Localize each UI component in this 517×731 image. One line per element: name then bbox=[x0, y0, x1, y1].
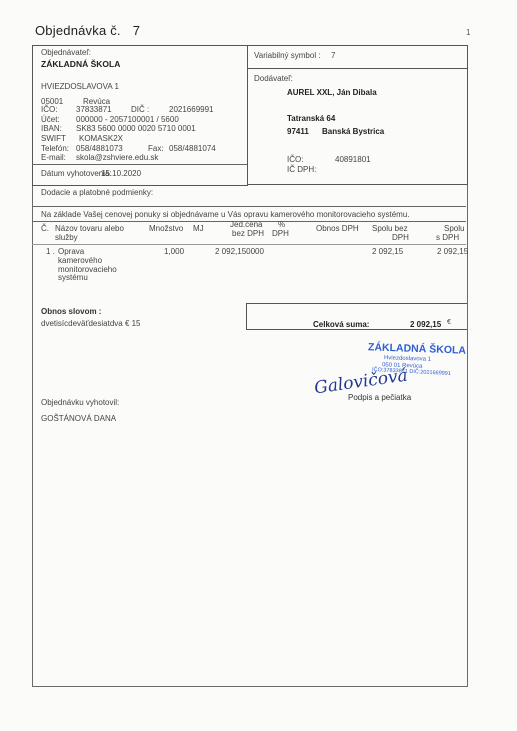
amount-words-label: Obnos slovom : bbox=[41, 307, 101, 317]
col-header-unit: MJ bbox=[193, 224, 204, 234]
col-header-total-excl-2: DPH bbox=[392, 233, 409, 243]
table-header-divider bbox=[32, 244, 466, 245]
title-label: Objednávka č. bbox=[35, 23, 121, 38]
col-header-qty: Množstvo bbox=[149, 224, 183, 234]
variable-symbol-value: 7 bbox=[331, 51, 335, 61]
supplier-name: AUREL XXL, Ján Dibala bbox=[287, 88, 377, 98]
orderer-iban-label: IBAN: bbox=[41, 124, 62, 134]
euro-icon: € bbox=[447, 318, 451, 328]
supplier-box bbox=[247, 67, 468, 185]
terms-label: Dodacie a platobné podmienky: bbox=[41, 188, 153, 198]
row-total-incl: 2 092,15 bbox=[437, 247, 468, 257]
variable-symbol-label: Variabilný symbol : bbox=[254, 51, 321, 61]
col-header-no: Č. bbox=[41, 224, 49, 234]
amount-words-value: dvetisícdeväťdesiatdva € 15 bbox=[41, 319, 141, 329]
orderer-email-label: E-mail: bbox=[41, 153, 66, 163]
order-document: Objednávka č.7 1 Objednávateľ: ZÁKLADNÁ … bbox=[0, 0, 517, 731]
col-header-vat-pct-2: DPH bbox=[272, 229, 289, 239]
col-header-name-2: služby bbox=[55, 233, 78, 243]
order-number: 7 bbox=[133, 23, 140, 38]
supplier-zip: 97411 bbox=[287, 127, 309, 137]
document-title: Objednávka č.7 bbox=[35, 23, 140, 38]
row-total-excl: 2 092,15 bbox=[372, 247, 403, 257]
col-header-total-incl-2: s DPH bbox=[436, 233, 459, 243]
orderer-swift-label: SWIFT bbox=[41, 134, 66, 144]
orderer-ico: 37833871 bbox=[76, 105, 112, 115]
supplier-ico-label: IČO: bbox=[287, 155, 303, 165]
orderer-name: ZÁKLADNÁ ŠKOLA bbox=[41, 59, 120, 69]
supplier-street: Tatranská 64 bbox=[287, 114, 335, 124]
orderer-email: skola@zshviere.edu.sk bbox=[76, 153, 158, 163]
supplier-label: Dodávateľ: bbox=[254, 74, 293, 84]
signature-label: Podpis a pečiatka bbox=[348, 393, 411, 403]
orderer-iban: SK83 5600 0000 0020 5710 0001 bbox=[76, 124, 196, 134]
prepared-by-label: Objednávku vyhotovil: bbox=[41, 398, 119, 408]
orderer-dic: 2021669991 bbox=[169, 105, 214, 115]
orderer-ico-label: IČO: bbox=[41, 105, 57, 115]
supplier-ico: 40891801 bbox=[335, 155, 371, 165]
page-number: 1 bbox=[466, 28, 470, 37]
row-name-4: systému bbox=[58, 273, 88, 283]
row-qty: 1,000 bbox=[164, 247, 184, 257]
col-header-vat-amount: Obnos DPH bbox=[316, 224, 359, 234]
orderer-dic-label: DIČ : bbox=[131, 105, 149, 115]
order-intro: Na základe Vašej cenovej ponuky si objed… bbox=[41, 210, 410, 220]
date-divider bbox=[32, 164, 247, 165]
supplier-icdph-label: IČ DPH: bbox=[287, 165, 316, 175]
row-unit-price: 2 092,150000 bbox=[215, 247, 264, 257]
col-header-unit-price-2: bez DPH bbox=[232, 229, 264, 239]
date-value: 15.10.2020 bbox=[101, 169, 141, 179]
total-value: 2 092,15 bbox=[410, 320, 441, 330]
row-no: 1 . bbox=[46, 247, 55, 257]
orderer-fax: 058/4881074 bbox=[169, 144, 216, 154]
total-label: Celková suma: bbox=[313, 320, 369, 330]
orderer-label: Objednávateľ: bbox=[41, 48, 91, 58]
orderer-street: HVIEZDOSLAVOVA 1 bbox=[41, 82, 119, 92]
terms-divider bbox=[32, 206, 466, 207]
orderer-swift: KOMASK2X bbox=[79, 134, 123, 144]
supplier-city: Banská Bystrica bbox=[322, 127, 384, 137]
prepared-by-name: GOŠTÁNOVÁ DANA bbox=[41, 414, 116, 424]
